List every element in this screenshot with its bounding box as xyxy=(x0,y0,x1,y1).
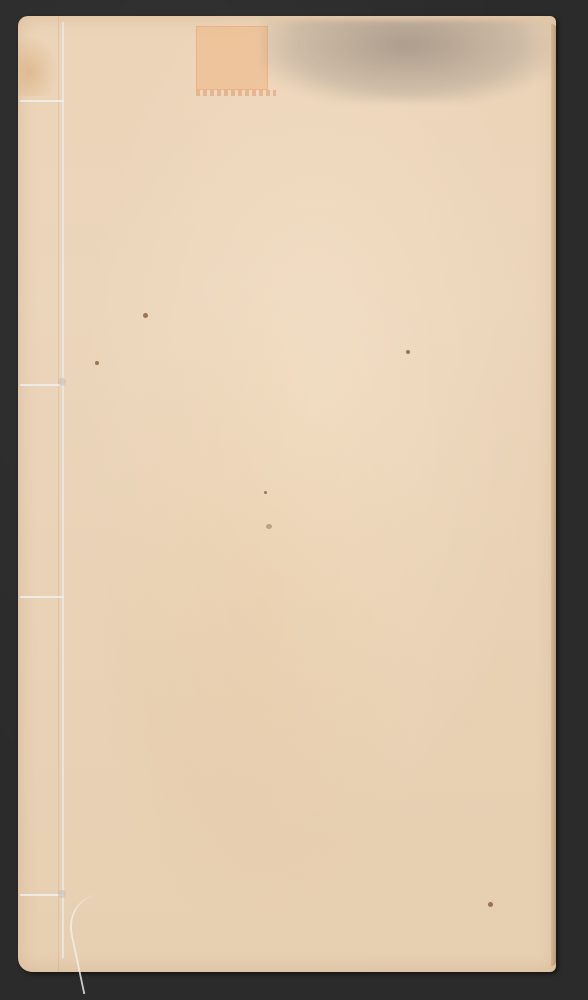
book-cover xyxy=(18,16,556,972)
stitch-3 xyxy=(20,596,64,598)
stitch-1 xyxy=(20,100,64,102)
stitch-2 xyxy=(20,384,64,386)
spine-thread xyxy=(62,22,64,958)
paper-speck xyxy=(143,313,148,318)
red-seal-stamp xyxy=(196,26,268,90)
thread-knot xyxy=(58,890,66,898)
paper-speck xyxy=(488,902,493,907)
spine-fold xyxy=(58,16,59,972)
edge-stain xyxy=(18,36,58,96)
paper-speck xyxy=(95,361,99,365)
paper-speck xyxy=(264,491,267,494)
paper-speck xyxy=(406,350,410,354)
paper-speck xyxy=(266,524,272,529)
title-slip-stain xyxy=(262,20,552,102)
thread-knot xyxy=(58,378,66,386)
